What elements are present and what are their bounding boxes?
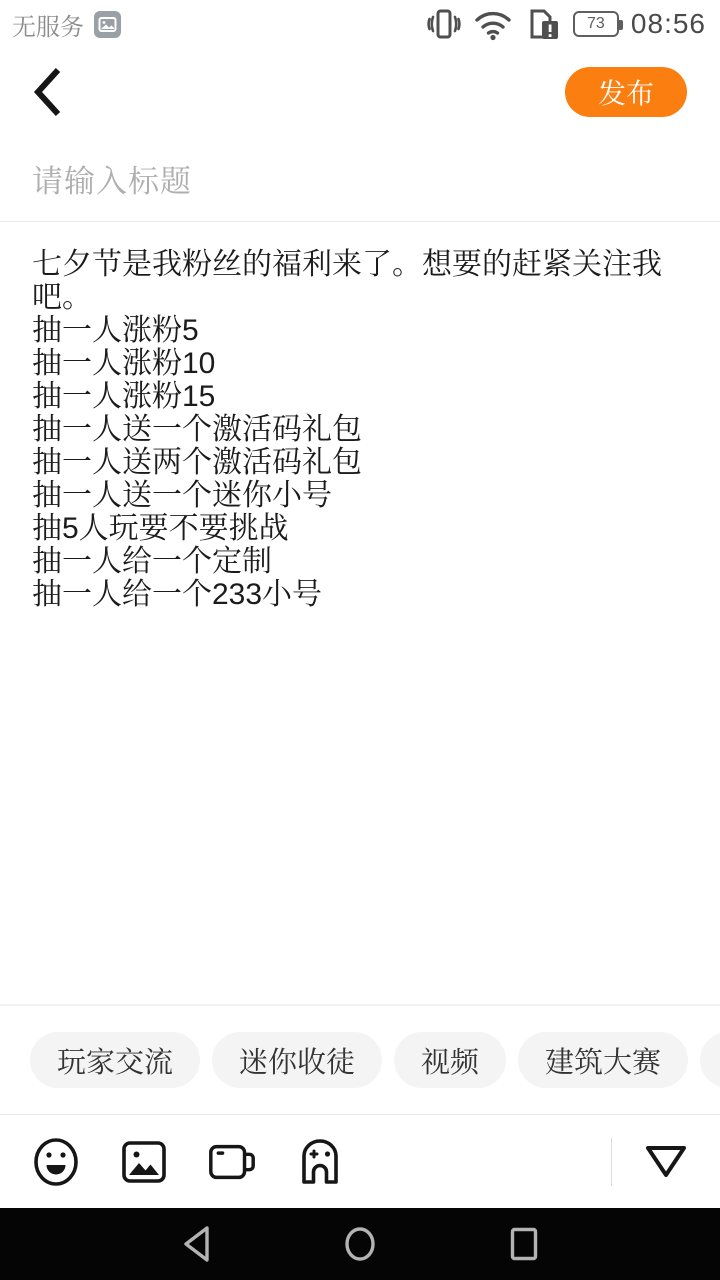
gamepad-button[interactable]: [294, 1136, 346, 1188]
body-editor[interactable]: 七夕节是我粉丝的福利来了。想要的赶紧关注我吧。 抽一人涨粉5 抽一人涨粉10 抽…: [32, 248, 704, 611]
tag-chip-video[interactable]: 视频: [394, 1032, 506, 1088]
vibrate-icon: [427, 6, 461, 42]
status-time: 08:56: [631, 8, 706, 40]
body-line: 抽一人送一个激活码礼包: [32, 413, 704, 446]
video-button[interactable]: [206, 1136, 258, 1188]
body-line: 抽一人涨粉15: [32, 380, 704, 413]
body-line: 抽一人给一个定制: [32, 545, 704, 578]
android-home-button[interactable]: [341, 1224, 379, 1264]
back-button[interactable]: [30, 66, 64, 118]
emoji-icon: [31, 1136, 81, 1188]
body-line: 抽一人送两个激活码礼包: [32, 446, 704, 479]
collapse-triangle-icon: [643, 1144, 689, 1180]
image-icon: [119, 1137, 169, 1187]
android-home-icon: [342, 1224, 378, 1264]
android-recents-button[interactable]: [505, 1224, 543, 1264]
tag-chip-partial[interactable]: [700, 1032, 720, 1088]
status-bar: 无服务: [0, 0, 720, 48]
wifi-icon: [473, 7, 513, 41]
tag-chip-building-contest[interactable]: 建筑大赛: [518, 1032, 688, 1088]
sim-alert-icon: [525, 6, 561, 42]
carrier-label: 无服务: [12, 7, 84, 42]
back-chevron-icon: [30, 66, 64, 118]
video-icon: [206, 1137, 258, 1187]
android-navbar: [0, 1208, 720, 1280]
status-icons: 73 08:56: [427, 6, 706, 42]
body-line: 七夕节是我粉丝的福利来了。想要的赶紧关注我吧。: [32, 248, 704, 314]
editor-header: 发布: [0, 48, 720, 136]
toolbar-divider: [611, 1138, 612, 1186]
body-line: 抽一人涨粉10: [32, 347, 704, 380]
image-button[interactable]: [118, 1136, 170, 1188]
android-back-icon: [179, 1224, 213, 1264]
battery-level: 73: [587, 15, 605, 33]
gamepad-icon: [295, 1136, 345, 1188]
emoji-button[interactable]: [30, 1136, 82, 1188]
title-placeholder: 请输入标题: [32, 156, 192, 201]
publish-button[interactable]: 发布: [565, 67, 687, 117]
body-line: 抽一人送一个迷你小号: [32, 479, 704, 512]
android-back-button[interactable]: [177, 1224, 215, 1264]
body-line: 抽一人涨粉5: [32, 314, 704, 347]
attachment-toolbar: [0, 1114, 720, 1208]
screenshot-notification-icon: [94, 11, 121, 38]
tag-chip-player-exchange[interactable]: 玩家交流: [30, 1032, 200, 1088]
collapse-keyboard-button[interactable]: [640, 1142, 692, 1182]
battery-icon: 73: [573, 11, 619, 37]
android-recents-icon: [508, 1224, 540, 1264]
tag-chip-row: 玩家交流 迷你收徒 视频 建筑大赛: [0, 1004, 720, 1114]
tag-chip-mini-apprentice[interactable]: 迷你收徒: [212, 1032, 382, 1088]
body-line: 抽5人玩要不要挑战: [32, 512, 704, 545]
post-editor-screen: 无服务: [0, 0, 720, 1280]
body-line: 抽一人给一个233小号: [32, 578, 704, 611]
title-input[interactable]: 请输入标题: [0, 136, 720, 222]
